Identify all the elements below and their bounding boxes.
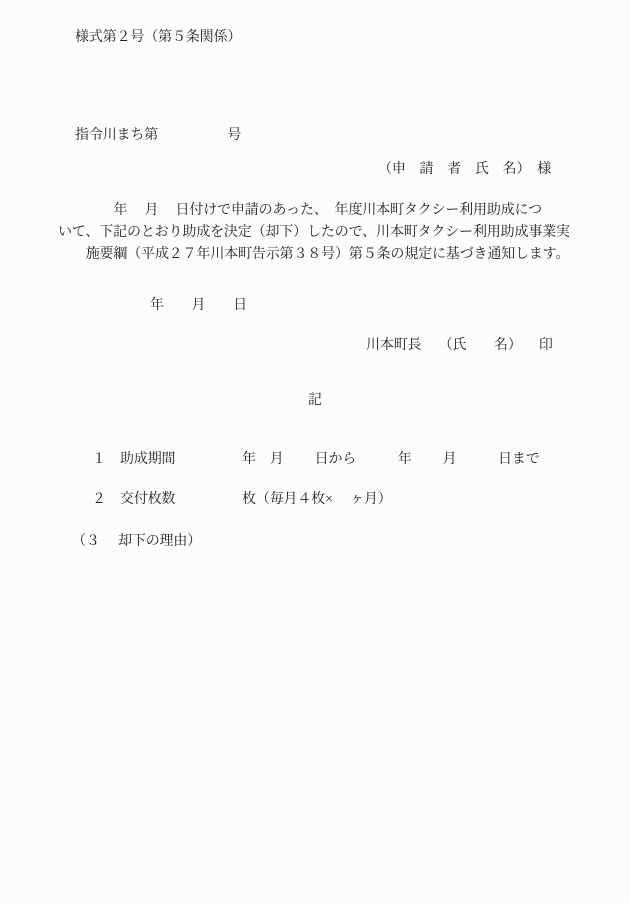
item-row-grant-period: １ 助成期間 年 月 日から 年 月 日まで [0,452,630,468]
body-line-2: いて、下記のとおり助成を決定（却下）したので、川本町タクシー利用助成事業実 [58,225,570,240]
item-row-ticket-count: ２ 交付枚数 枚（毎月４枚× ヶ月） [0,492,630,508]
mayor-signature-line: 川本町長 （氏 名） 印 [366,338,553,353]
body-line-1: 年 月 日付けで申請のあった、 年度川本町タクシー利用助成につ [58,203,542,218]
section-mark: 記 [308,393,322,408]
item-value: 枚（毎月４枚× ヶ月） [242,492,392,507]
body-line-3: 施要綱（平成２７年川本町告示第３８号）第５条の規定に基づき通知します。 [58,247,569,262]
item-value: 年 月 日から 年 月 日まで [242,452,540,467]
form-style-label: 様式第２号（第５条関係） [75,30,241,45]
item-label: 却下の理由） [118,534,201,549]
addressee-line: （申 請 者 氏 名） 様 [378,162,551,177]
item-label: 助成期間 [120,452,175,467]
issue-date-line: 年 月 日 [150,298,247,313]
item-number: ２ [92,492,106,507]
item-number: １ [92,452,106,467]
item-number: （３ [72,534,100,549]
document-page: 様式第２号（第５条関係） 指令川まち第 号 （申 請 者 氏 名） 様 年 月 … [0,0,630,903]
directive-number-line: 指令川まち第 号 [75,128,241,143]
item-label: 交付枚数 [120,492,175,507]
item-row-rejection-reason: （３ 却下の理由） [0,534,630,550]
